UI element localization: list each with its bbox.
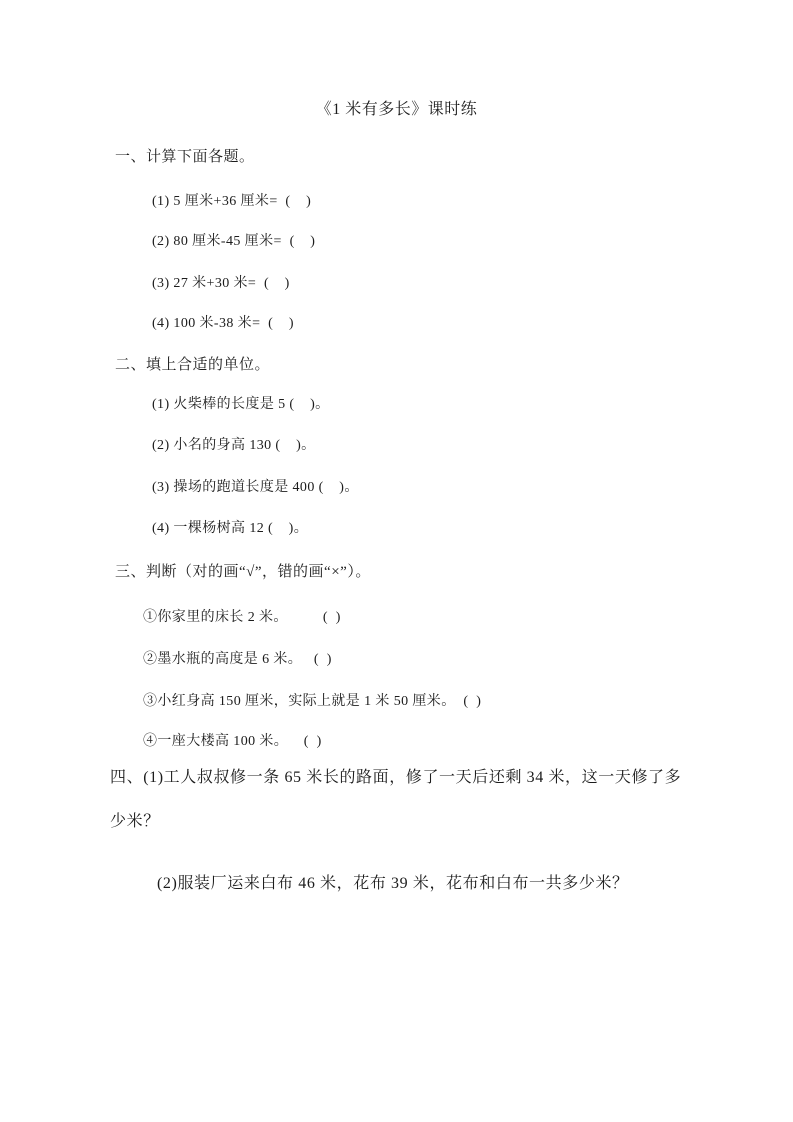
section-1-item-3: (3) 27 米+30 米= ( ): [152, 273, 290, 294]
worksheet-title: 《1 米有多长》课时练: [0, 98, 793, 121]
section-1-item-2: (2) 80 厘米-45 厘米= ( ): [152, 231, 315, 252]
section-4-problem-1-line-2: 少米？: [110, 810, 160, 834]
section-2-item-1: (1) 火柴棒的长度是 5 ( )。: [152, 394, 330, 415]
worksheet-page: 《1 米有多长》课时练 一、计算下面各题。 (1) 5 厘米+36 厘米= ( …: [0, 0, 793, 1122]
section-3-item-4: ④一座大楼高 100 米。 ( ): [143, 731, 322, 752]
section-3-item-3: ③小红身高 150 厘米，实际上就是 1 米 50 厘米。 ( ): [143, 691, 481, 712]
section-2-item-4: (4) 一棵杨树高 12 ( )。: [152, 518, 308, 539]
section-4-problem-1-line-1: 四、(1)工人叔叔修一条 65 米长的路面，修了一天后还剩 34 米，这一天修了…: [110, 766, 681, 790]
section-3-item-1: ①你家里的床长 2 米。 ( ): [143, 607, 341, 628]
section-3-item-2: ②墨水瓶的高度是 6 米。 ( ): [143, 649, 332, 670]
section-1-item-1: (1) 5 厘米+36 厘米= ( ): [152, 191, 311, 212]
section-1-item-4: (4) 100 米-38 米= ( ): [152, 313, 294, 334]
section-2-heading: 二、填上合适的单位。: [115, 354, 270, 376]
section-2-item-3: (3) 操场的跑道长度是 400 ( )。: [152, 477, 359, 498]
section-3-heading: 三、判断（对的画“√”，错的画“×”）。: [115, 561, 371, 583]
section-4-problem-2: (2)服装厂运来白布 46 米，花布 39 米，花布和白布一共多少米？: [157, 872, 629, 896]
section-1-heading: 一、计算下面各题。: [115, 146, 255, 168]
section-2-item-2: (2) 小名的身高 130 ( )。: [152, 435, 316, 456]
